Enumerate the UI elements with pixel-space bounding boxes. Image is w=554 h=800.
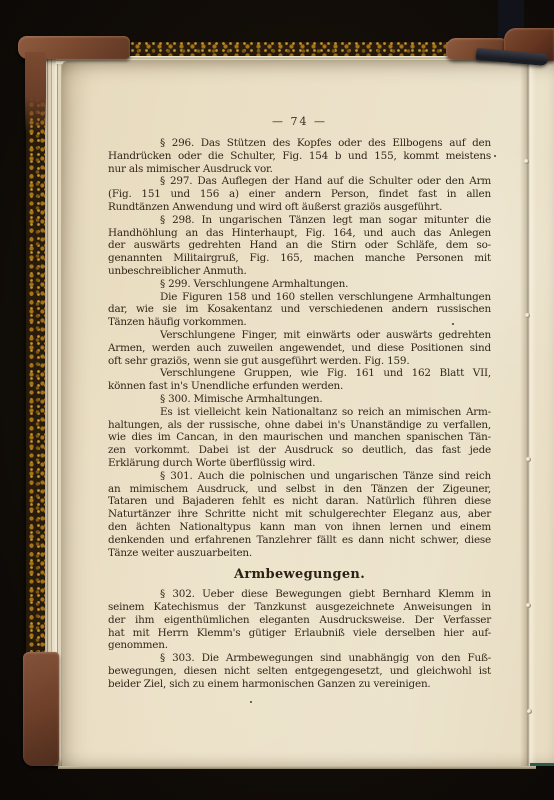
book-photo: — 74 — § 296. Das Stützen des Kopfes ode… [0, 0, 554, 800]
paper-speck [250, 701, 252, 703]
text-line: Tänzen häufig vorkommen. [108, 316, 491, 329]
text-line: hat mit Herrn Klemm's gütiger Erlaubniß … [108, 627, 491, 640]
text-line: § 301. Auch die polnischen und ungarisch… [108, 470, 491, 483]
text-line: § 299. Verschlungene Armhaltungen. [108, 278, 491, 291]
text-line: Tänze weiter auszuarbeiten. [108, 547, 491, 560]
paragraph: § 301. Auch die polnischen und ungarisch… [108, 470, 491, 560]
text-line: Naturtänzer ihre Schritte nicht mit schu… [108, 508, 491, 521]
page-number: — 74 — [108, 115, 491, 128]
paragraph: Verschlungene Gruppen, wie Fig. 161 und … [108, 367, 491, 393]
leather-corner-top-left-side [25, 52, 46, 134]
text-line: Rundtänzen Anwendung und wird oft äußers… [108, 201, 491, 214]
gutter-crease [520, 61, 536, 766]
leather-corner-bottom-left [23, 652, 59, 766]
page-bottom-right-detail [530, 763, 554, 766]
binding-hole [524, 159, 529, 164]
text-line: dar, wie sie im Kosakentanz und verschie… [108, 303, 491, 316]
text-line: genommen. [108, 639, 491, 652]
text-line: nur als mimischer Ausdruck vor. [108, 163, 491, 176]
binding-hole [525, 313, 530, 318]
paragraph: § 299. Verschlungene Armhaltungen. [108, 278, 491, 291]
text-line: Tataren und Bajaderen fehlt es nicht dar… [108, 495, 491, 508]
text-line: oft sehr graziös, wenn sie gut ausgeführ… [108, 355, 491, 368]
text-line: den ächten Nationaltypus kann man von ih… [108, 521, 491, 534]
text-line: Handhöhlung an das Hinterhaupt, Fig. 164… [108, 227, 491, 240]
paragraph: Es ist vielleicht kein Nationaltanz so r… [108, 406, 491, 470]
paragraph: Die Figuren 158 und 160 stellen verschlu… [108, 291, 491, 329]
section-heading: Armbewegungen. [108, 567, 491, 582]
text-line: Verschlungene Finger, mit einwärts oder … [108, 329, 491, 342]
paragraph: § 296. Das Stützen des Kopfes oder des E… [108, 137, 491, 175]
text-line: genannten Militairgruß, Fig. 165, machen… [108, 252, 491, 265]
text-line: § 298. In ungarischen Tänzen legt man so… [108, 214, 491, 227]
text-line: Erklärung durch Worte überflüssig wird. [108, 457, 491, 470]
binding-hole [527, 709, 532, 714]
text-line: haltungen, als der russische, ohne dabei… [108, 419, 491, 432]
text-line: zen vorkommt. Dabei ist der Ausdruck so … [108, 444, 491, 457]
text-line: § 300. Mimische Armhaltungen. [108, 393, 491, 406]
paragraph: § 298. In ungarischen Tänzen legt man so… [108, 214, 491, 278]
text-line: § 303. Die Armbewegungen sind unabhängig… [108, 652, 491, 665]
text-line: § 297. Das Auflegen der Hand auf die Sch… [108, 175, 491, 188]
text-line: unbeschreiblicher Anmuth. [108, 265, 491, 278]
text-line: denkenden und erfahrenen Tanzlehrer fäll… [108, 534, 491, 547]
paragraph: § 303. Die Armbewegungen sind unabhängig… [108, 652, 491, 690]
text-line: können fast in's Unendliche erfunden wer… [108, 380, 491, 393]
text-line: bewegungen, diesen nicht selten entgegen… [108, 665, 491, 678]
paragraph: § 297. Das Auflegen der Hand auf die Sch… [108, 175, 491, 213]
text-line: der auswärts gedrehten Hand an die Stirn… [108, 239, 491, 252]
text-block: § 296. Das Stützen des Kopfes oder des E… [108, 137, 491, 691]
page-bottom-edge [58, 766, 536, 769]
text-line: beider Ziel, sich zu einem harmonischen … [108, 678, 491, 691]
book-page: — 74 — § 296. Das Stützen des Kopfes ode… [62, 61, 554, 766]
binding-hole [526, 457, 531, 462]
text-line: Verschlungene Gruppen, wie Fig. 161 und … [108, 367, 491, 380]
text-line: § 302. Ueber diese Bewegungen giebt Bern… [108, 588, 491, 601]
text-line: Es ist vielleicht kein Nationaltanz so r… [108, 406, 491, 419]
paragraph: Verschlungene Finger, mit einwärts oder … [108, 329, 491, 367]
paragraph: § 300. Mimische Armhaltungen. [108, 393, 491, 406]
text-line: an mimischem Ausdruck, und selbst in den… [108, 483, 491, 496]
text-line: der ihm eigenthümlichen eleganten Ausdru… [108, 614, 491, 627]
paragraph: § 302. Ueber diese Bewegungen giebt Bern… [108, 588, 491, 652]
text-line: § 296. Das Stützen des Kopfes oder des E… [108, 137, 491, 150]
text-line: Handrücken oder die Schulter, Fig. 154 b… [108, 150, 491, 163]
paper-speck [452, 323, 454, 325]
text-line: Die Figuren 158 und 160 stellen verschlu… [108, 291, 491, 304]
text-line: wie dies im Cancan, in den maurischen un… [108, 431, 491, 444]
text-line: seinem Katechismus der Tanzkunst ausgeze… [108, 601, 491, 614]
paper-speck [494, 155, 496, 157]
binding-hole [526, 603, 531, 608]
text-line: Armen, werden auch zuweilen angewendet, … [108, 342, 491, 355]
text-line: (Fig. 151 und 156 a) einer andern Person… [108, 188, 491, 201]
